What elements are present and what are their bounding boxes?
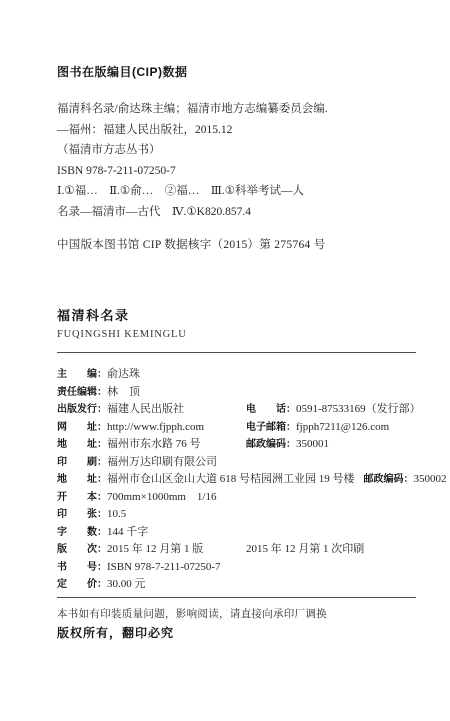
colophon-value: 10.5 — [107, 508, 126, 520]
colophon-row-sheets: 印 张：10.5 — [57, 506, 429, 524]
colophon-label: 地 址： — [57, 439, 107, 450]
colophon-table: 主 编：俞达珠 责任编辑：林 顶 出版发行：福建人民出版社 电 话：0591-8… — [57, 366, 429, 594]
cip-record-number: 中国版本图书馆 CIP 数据核字（2015）第 275764 号 — [57, 236, 326, 252]
cip-line-publisher: —福州：福建人民出版社，2015.12 — [57, 124, 232, 136]
colophon-col2-postcode: 邮政编码：350001 — [246, 436, 329, 454]
colophon-col2-phone: 电 话：0591-87533169（发行部） — [246, 401, 421, 419]
colophon-label: 邮政编码： — [246, 439, 296, 450]
colophon-value: 福州市仓山区金山大道 618 号桔园洲工业园 19 号楼 — [107, 473, 355, 485]
colophon-label: 电 话： — [246, 404, 296, 415]
colophon-label: 版 次： — [57, 544, 107, 555]
colophon-row-price: 定 价：30.00 元 — [57, 576, 429, 594]
colophon-label: 印 刷： — [57, 457, 107, 468]
colophon-label: 邮政编码： — [364, 474, 414, 485]
colophon-label: 印 张： — [57, 509, 107, 520]
colophon-label: 开 本： — [57, 492, 107, 503]
colophon-col2-email: 电子邮箱：fjpph7211@126.com — [246, 419, 389, 437]
cip-description-block: 福清科名录/俞达珠主编；福清市地方志编纂委员会编. —福州：福建人民出版社，20… — [57, 99, 429, 222]
cip-line-isbn: ISBN 978-7-211-07250-7 — [57, 165, 176, 177]
copyright-page: 图书在版编目(CIP)数据 福清科名录/俞达珠主编；福清市地方志编纂委员会编. … — [0, 0, 450, 721]
colophon-value: 俞达珠 — [107, 368, 140, 380]
colophon-value: 2015 年 12 月第 1 次印刷 — [246, 543, 364, 555]
cip-line-classification-1: Ⅰ.①福… Ⅱ.①俞… ②福… Ⅲ.①科举考试—人 — [57, 185, 304, 197]
colophon-value: 0591-87533169（发行部） — [296, 403, 421, 415]
colophon-value: 700mm×1000mm 1/16 — [107, 491, 216, 503]
colophon-value: 福州万达印刷有限公司 — [107, 456, 217, 468]
colophon-value: 144 千字 — [107, 526, 148, 538]
colophon-label: 地 址： — [57, 474, 107, 485]
colophon-row-publisher: 出版发行：福建人民出版社 电 话：0591-87533169（发行部） — [57, 401, 429, 419]
copyright-statement: 版权所有，翻印必究 — [57, 624, 174, 641]
colophon-row-website: 网 址：http://www.fjpph.com 电子邮箱：fjpph7211@… — [57, 419, 429, 437]
colophon-label: 主 编： — [57, 369, 107, 380]
colophon-label: 责任编辑： — [57, 387, 107, 398]
cip-line-series: （福清市方志丛书） — [57, 144, 161, 156]
colophon-row-format: 开 本：700mm×1000mm 1/16 — [57, 489, 429, 507]
colophon-value: 福州市东水路 76 号 — [107, 438, 201, 450]
colophon-value: 350001 — [296, 438, 329, 450]
colophon-row-managing-editor: 责任编辑：林 顶 — [57, 384, 429, 402]
colophon-row-edition: 版 次：2015 年 12 月第 1 版 2015 年 12 月第 1 次印刷 — [57, 541, 429, 559]
colophon-col2-printing: 2015 年 12 月第 1 次印刷 — [246, 541, 364, 559]
colophon-label: 电子邮箱： — [246, 422, 296, 433]
cip-line-classification-2: 名录—福清市—古代 Ⅳ.①K820.857.4 — [57, 206, 251, 218]
book-title-romanized: FUQINGSHI KEMINGLU — [57, 329, 187, 340]
colophon-row-isbn: 书 号：ISBN 978-7-211-07250-7 — [57, 559, 429, 577]
colophon-row-printer-address: 地 址：福州市仓山区金山大道 618 号桔园洲工业园 19 号楼邮政编码：350… — [57, 471, 429, 489]
cip-heading: 图书在版编目(CIP)数据 — [57, 63, 188, 80]
colophon-value-email: fjpph7211@126.com — [296, 421, 389, 433]
colophon-row-address: 地 址：福州市东水路 76 号 邮政编码：350001 — [57, 436, 429, 454]
quality-notice: 本书如有印装质量问题，影响阅读，请直接向承印厂调换 — [57, 606, 327, 621]
colophon-value: 林 顶 — [107, 386, 140, 398]
divider-top — [57, 352, 416, 353]
divider-bottom — [57, 597, 416, 598]
colophon-value: 30.00 元 — [107, 578, 146, 590]
colophon-row-wordcount: 字 数：144 千字 — [57, 524, 429, 542]
book-title: 福清科名录 — [57, 305, 130, 324]
colophon-value: 2015 年 12 月第 1 版 — [107, 543, 203, 555]
colophon-value: 350002 — [414, 473, 447, 485]
colophon-label: 定 价： — [57, 579, 107, 590]
colophon-value: 福建人民出版社 — [107, 403, 184, 415]
cip-line-title: 福清科名录/俞达珠主编；福清市地方志编纂委员会编. — [57, 103, 328, 115]
colophon-label: 字 数： — [57, 527, 107, 538]
colophon-label: 书 号： — [57, 562, 107, 573]
colophon-label: 网 址： — [57, 422, 107, 433]
colophon-row-chief-editor: 主 编：俞达珠 — [57, 366, 429, 384]
colophon-label: 出版发行： — [57, 404, 107, 415]
colophon-value: ISBN 978-7-211-07250-7 — [107, 561, 221, 573]
colophon-value-url: http://www.fjpph.com — [107, 421, 204, 433]
colophon-row-printer: 印 刷：福州万达印刷有限公司 — [57, 454, 429, 472]
